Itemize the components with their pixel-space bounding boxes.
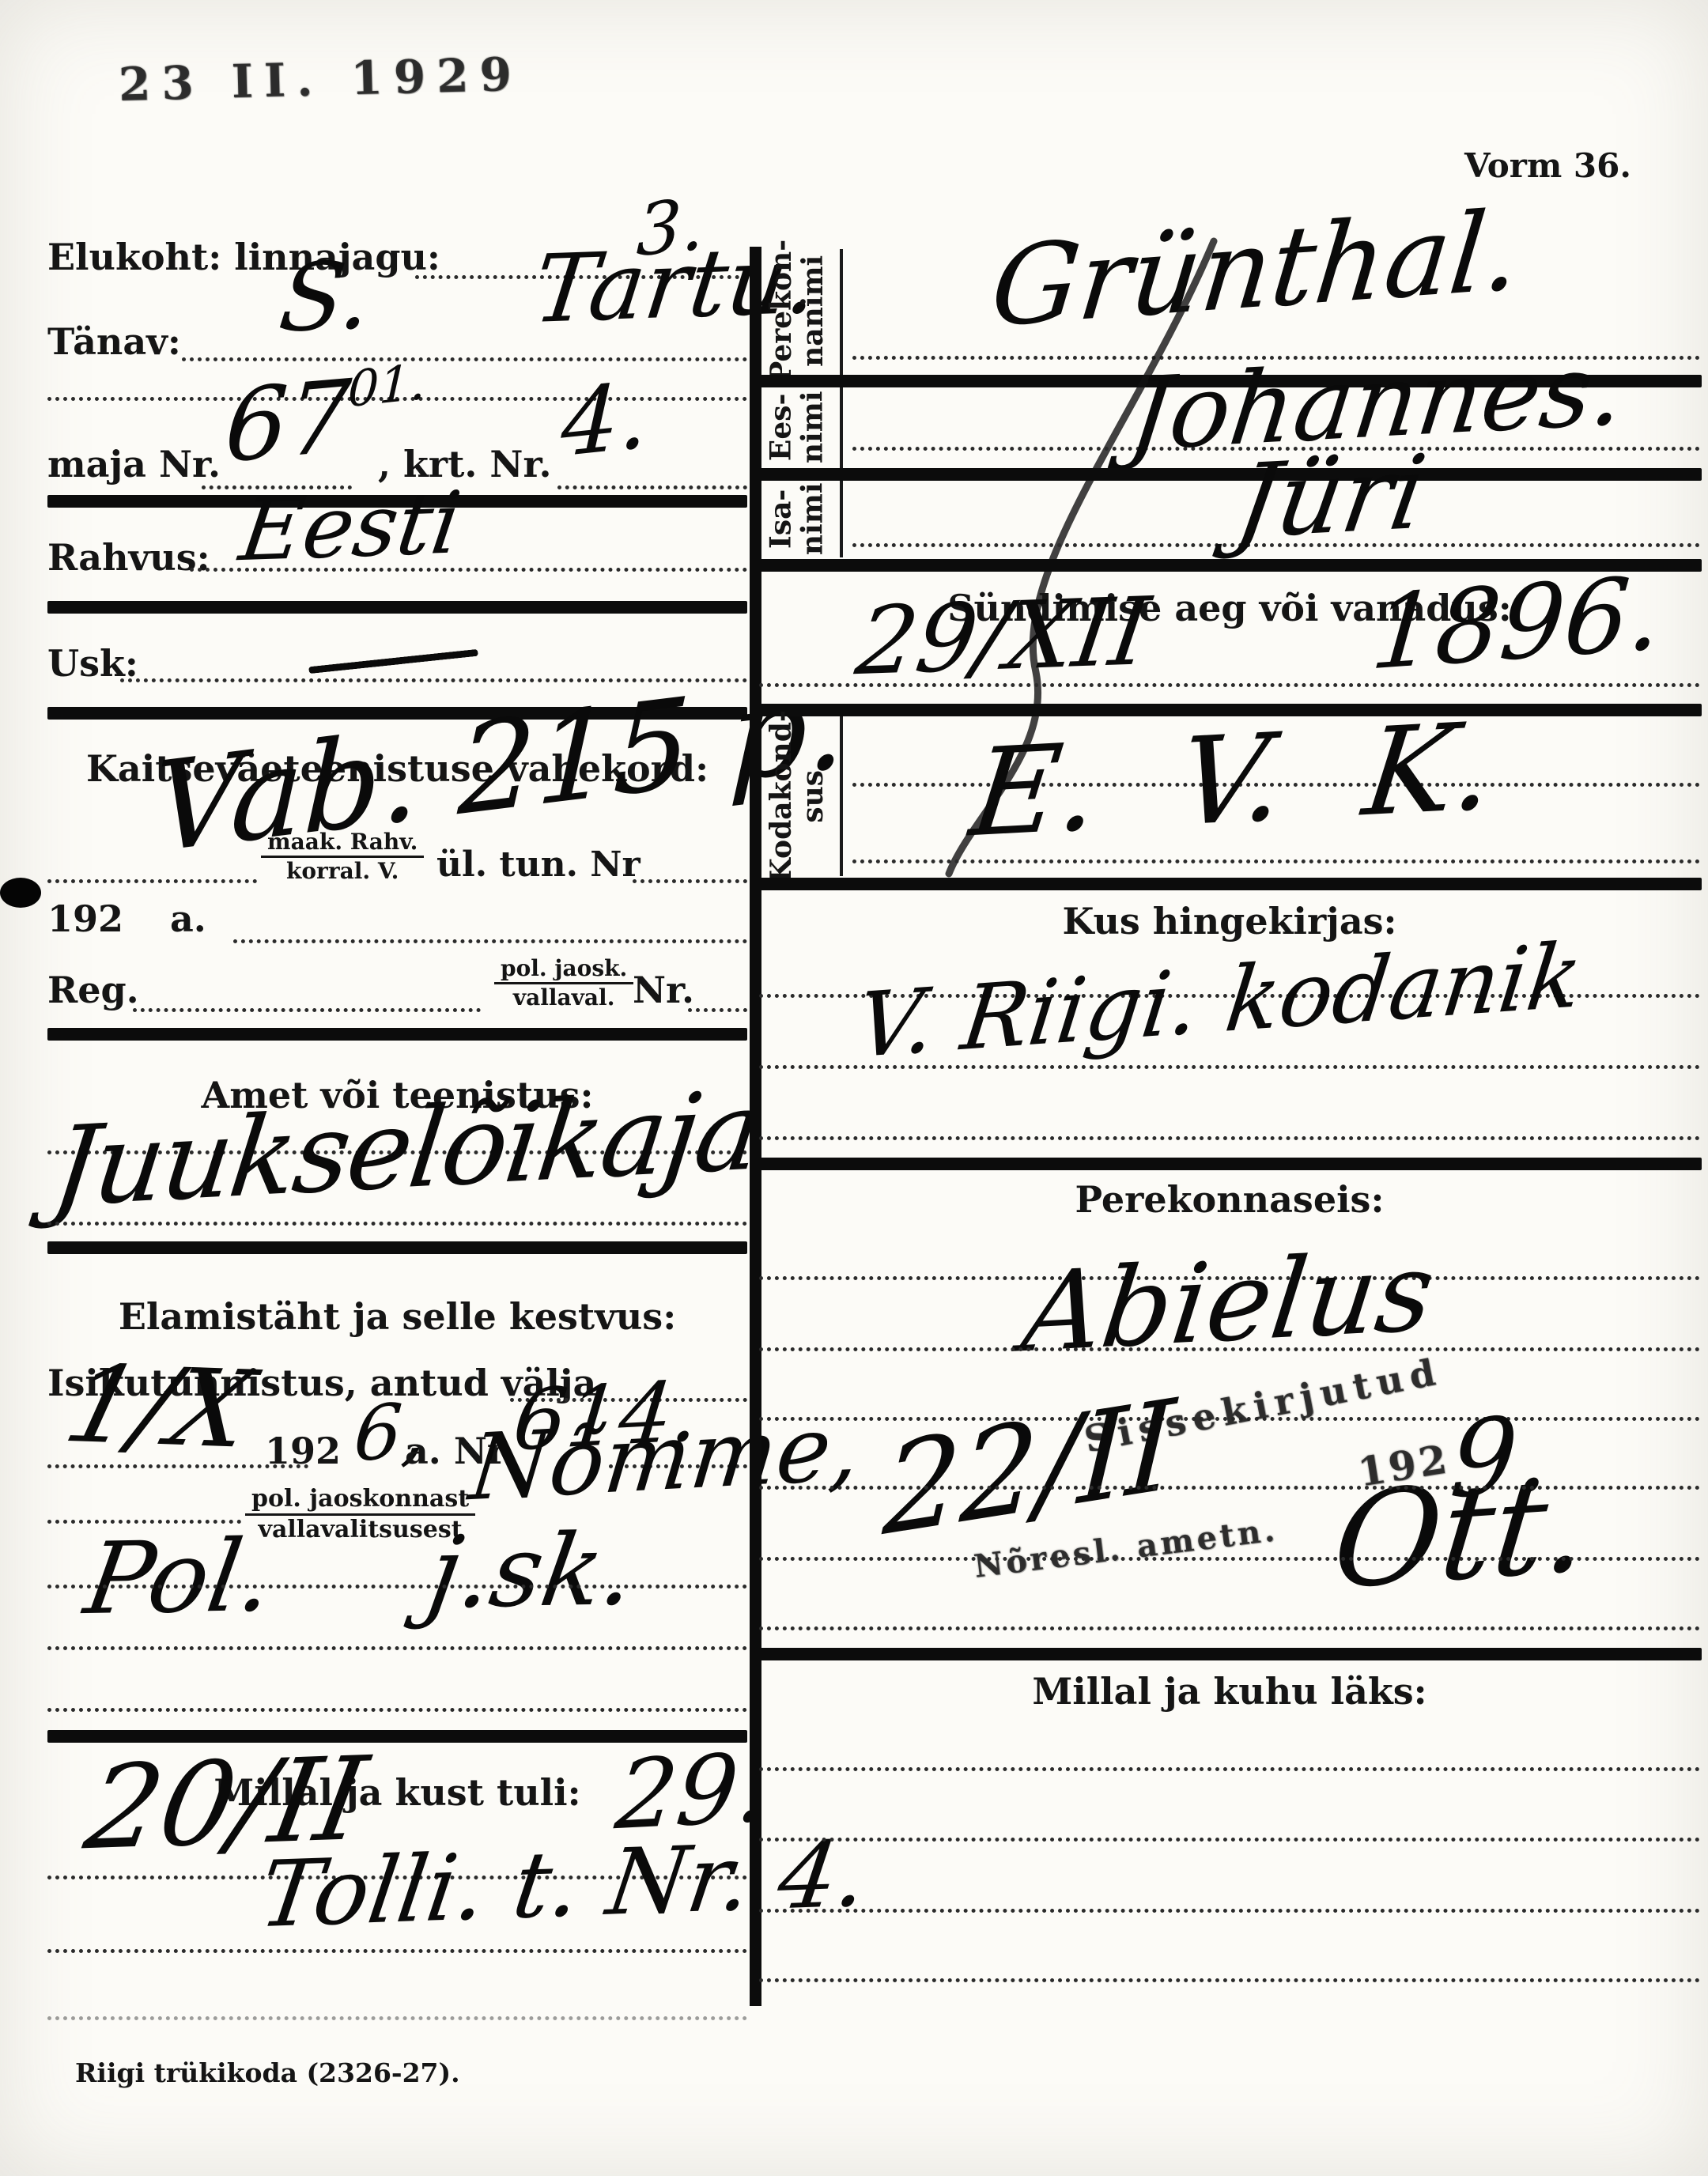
birthdate-year-handwritten: 1896. — [1367, 563, 1665, 686]
registry-dotted — [133, 1008, 481, 1012]
firstname-label-line2: nimi — [797, 391, 829, 463]
date-received-stamp: 23 II. 1929 — [118, 51, 523, 108]
firstname-label-line1: Ees- — [765, 391, 797, 463]
departure-dotted-3 — [759, 1909, 1700, 1913]
military-dotted-right — [633, 879, 747, 883]
military-certificate-label: ül. tun. Nr — [436, 844, 640, 885]
marital-dotted-4 — [759, 1486, 1700, 1490]
house-number-sup-handwritten: 01. — [347, 357, 426, 414]
registration-card-scan: 23 II. 1929 Vorm 36. Elukoht: linnajagu:… — [0, 0, 1708, 2176]
year-suffix-label: a. — [170, 897, 206, 940]
registry-label: Reg. — [47, 969, 139, 1011]
birthdate-day-handwritten: 29/XII — [852, 584, 1155, 688]
citizenship-label-line2: sus — [797, 710, 829, 882]
divider-bar — [750, 468, 1702, 481]
citizenship-label-line1: Kodakond- — [765, 710, 797, 882]
issuing-office-handwritten: Pol. j.sk. — [79, 1521, 642, 1629]
year-printed-label: 192 — [47, 897, 123, 940]
fathername-label-line1: Isa- — [765, 483, 797, 556]
religion-dash-handwritten — [308, 649, 478, 674]
marital-dotted-5 — [759, 1557, 1700, 1561]
occupation-handwritten: Juukselõikaja — [47, 1076, 765, 1223]
nationality-label: Rahvus: — [47, 536, 210, 579]
issuing-fraction-top: pol. jaoskonnast — [245, 1485, 475, 1516]
divider-bar — [750, 878, 1702, 890]
occupation-dotted-2 — [47, 1222, 747, 1226]
registry-office-fraction: pol. jaosk. vallaval. — [494, 955, 633, 1011]
form-number: Vorm 36. — [1464, 146, 1631, 185]
marital-dotted-6 — [759, 1626, 1700, 1630]
street-dotted-line — [182, 357, 747, 361]
citizenship-label-cell: Kodakond- sus — [753, 716, 841, 876]
arrival-dotted-2 — [47, 1949, 747, 1953]
marital-dotted-2 — [759, 1347, 1700, 1351]
military-status-handwritten: Vab. 215 p. — [152, 662, 848, 871]
street-label: Tänav: — [47, 320, 181, 363]
house-number-handwritten: 67 — [223, 367, 353, 478]
departure-dotted-2 — [759, 1838, 1700, 1842]
surname-label-line2: nanimi — [797, 240, 829, 383]
parish-register-handwritten: V. Riigi. kodanik — [852, 931, 1586, 1071]
nationality-handwritten: Eesti — [235, 481, 465, 574]
registry-fraction-top: pol. jaosk. — [494, 955, 633, 984]
house-number-label: maja Nr. — [47, 443, 221, 485]
fathername-label-line2: nimi — [797, 483, 829, 556]
arrival-dotted-3 — [47, 2016, 747, 2020]
registry-nr-dotted — [688, 1008, 747, 1012]
citizenship-handwritten: E. V. K. — [965, 706, 1501, 855]
arrival-address-handwritten: Tolli. t. Nr. 4. — [255, 1829, 872, 1941]
registry-nr-label: Nr. — [633, 969, 694, 1011]
parish-dotted-3 — [759, 1136, 1700, 1140]
year-dotted — [233, 939, 747, 943]
apartment-number-dotted — [557, 485, 747, 489]
registry-fraction-bottom: vallaval. — [494, 984, 633, 1011]
divider-bar — [750, 1648, 1702, 1660]
blank-dotted-1 — [47, 1646, 747, 1650]
fathername-handwritten: Jüri — [1230, 442, 1432, 554]
identity-dotted-left — [47, 1464, 308, 1468]
divider-bar — [47, 601, 747, 614]
surname-label-cell: Perekon- nanimi — [753, 249, 841, 373]
divider-bar — [47, 1241, 747, 1254]
identity-issue-date-handwritten: 1/X — [56, 1351, 263, 1464]
parish-dotted-2 — [759, 1065, 1700, 1069]
issuing-dotted-baseline — [47, 1585, 747, 1589]
residence-permit-heading: Elamistäht ja selle kestvus: — [47, 1295, 747, 1338]
marital-status-heading: Perekonnaseis: — [759, 1178, 1700, 1221]
ink-blot — [0, 878, 41, 908]
registrar-signature-handwritten: Ott. — [1328, 1459, 1594, 1608]
blank-dotted-2 — [47, 1708, 747, 1712]
departure-dotted-1 — [759, 1767, 1700, 1771]
fathername-label-cell: Isa- nimi — [753, 481, 841, 557]
apartment-number-handwritten: 4. — [560, 370, 649, 471]
street-handwritten: S. Tartu. — [275, 232, 823, 345]
firstname-label-cell: Ees- nimi — [753, 387, 841, 467]
printer-imprint: Riigi trükikoda (2326-27). — [75, 2057, 460, 2088]
divider-bar — [750, 1158, 1702, 1170]
departure-heading: Millal ja kuhu läks: — [759, 1670, 1700, 1713]
divider-bar — [47, 1028, 747, 1041]
surname-label-line1: Perekon- — [765, 240, 797, 383]
departure-dotted-4 — [759, 1978, 1700, 1982]
